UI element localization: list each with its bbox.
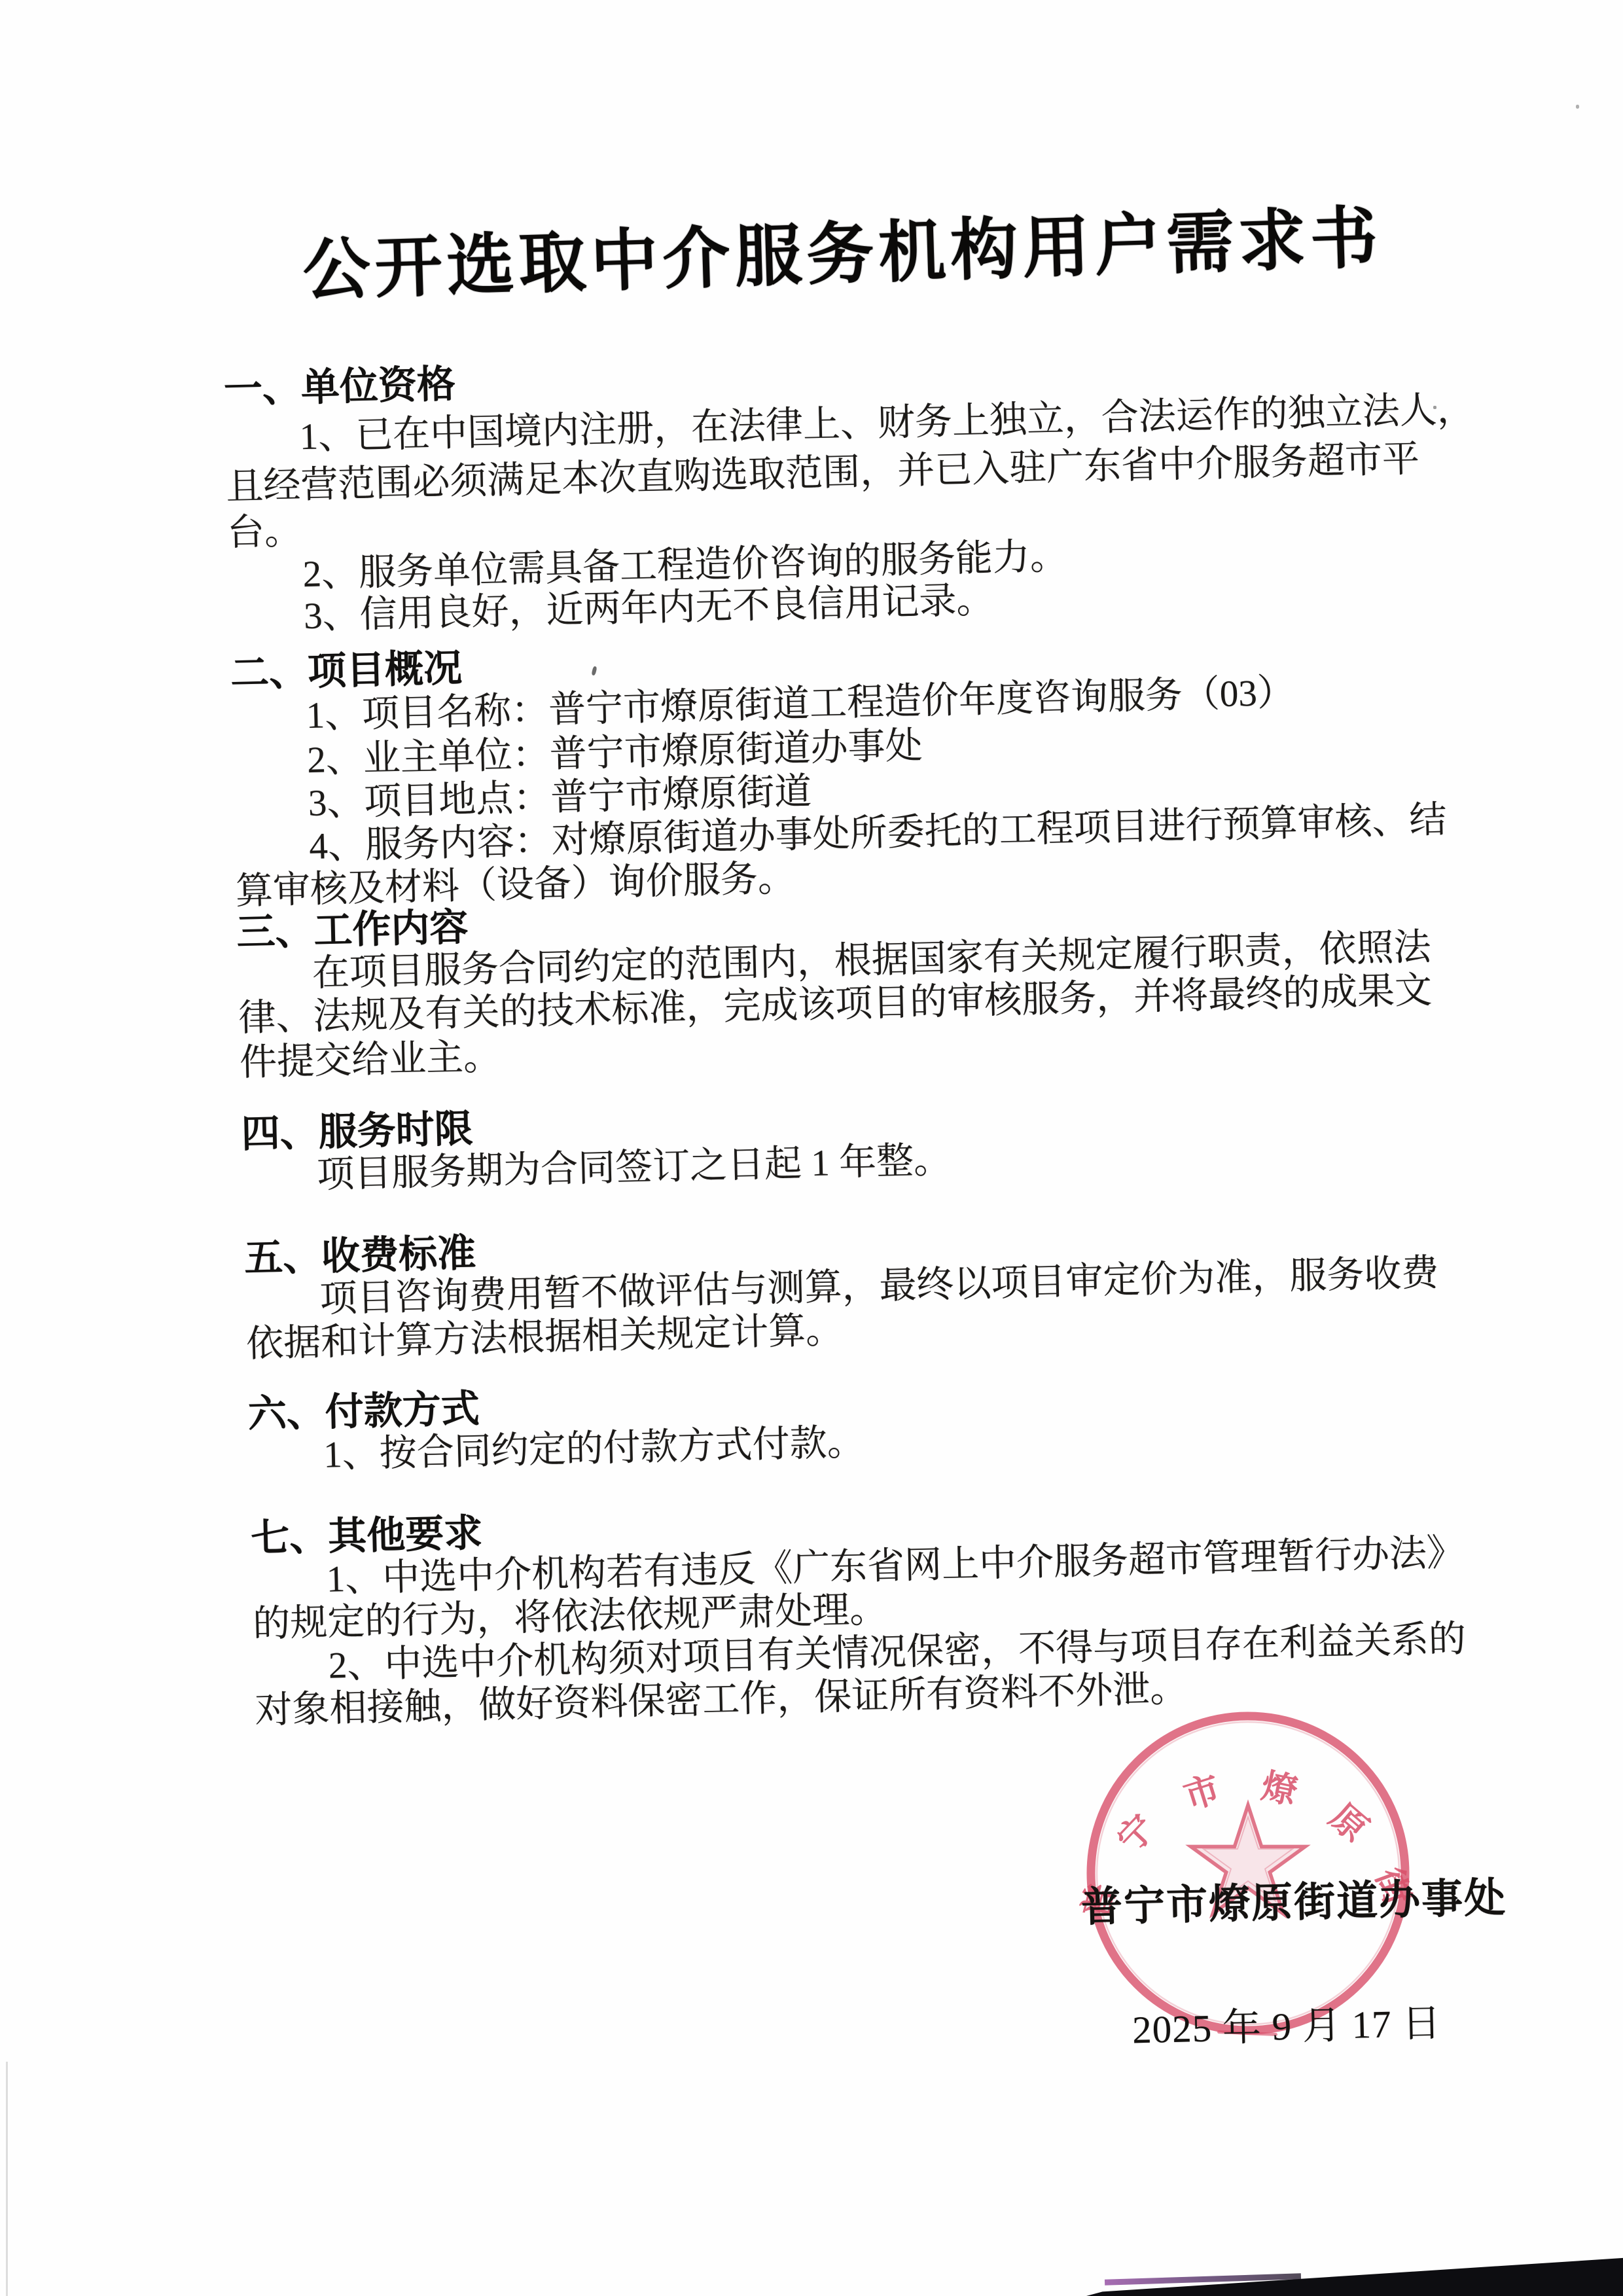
scan-left-edge-line — [6, 2062, 8, 2296]
ink-speck — [1576, 105, 1579, 109]
scan-wedge-artifact — [1086, 2253, 1623, 2296]
scanned-document-page: 公开选取中介服务机构用户需求书 一、单位资格 1、已在中国境内注册，在法律上、财… — [0, 0, 1623, 2296]
ink-speck — [1433, 406, 1436, 409]
document-title: 公开选取中介服务机构用户需求书 — [242, 182, 1442, 315]
signature-org: 普宁市燎原街道办事处 — [1080, 1865, 1507, 1934]
signature-date: 2025 年 9 月 17 日 — [1132, 1992, 1442, 2054]
